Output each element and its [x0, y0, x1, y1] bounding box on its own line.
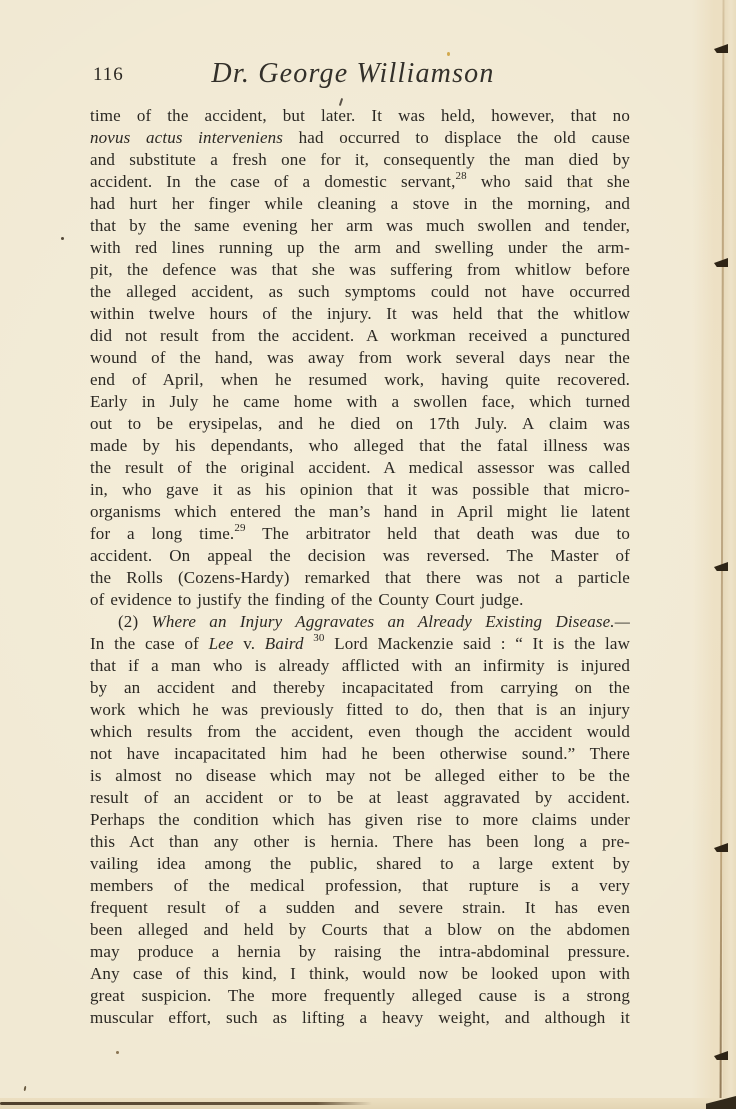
paper-speck: [580, 185, 583, 188]
page-header: 116 Dr. George Williamson: [90, 58, 630, 92]
text-line: vailing idea among the public, shared to…: [90, 853, 630, 875]
body-text: time of the accident, but later. It was …: [90, 105, 630, 1029]
text-line: not have incapacitated him had he been o…: [90, 743, 630, 765]
text-line: with red lines running up the arm and sw…: [90, 237, 630, 259]
text-line: organisms which entered the man’s hand i…: [90, 501, 630, 523]
paper-speck: [61, 237, 64, 240]
text-line: Early in July he came home with a swolle…: [90, 391, 630, 413]
text-line: the result of the original accident. A m…: [90, 457, 630, 479]
text-line: Perhaps the condition which has given ri…: [90, 809, 630, 831]
text-line: the Rolls (Cozens-Hardy) remarked that t…: [90, 567, 630, 589]
text-line: and substitute a fresh one for it, conse…: [90, 149, 630, 171]
page-title: Dr. George Williamson: [90, 58, 616, 90]
book-page: 116 Dr. George Williamson time of the ac…: [0, 0, 736, 1109]
text-line: wound of the hand, was away from work se…: [90, 347, 630, 369]
text-line: for a long time.29 The arbitrator held t…: [90, 523, 630, 545]
text-line: time of the accident, but later. It was …: [90, 105, 630, 127]
text-line: did not result from the accident. A work…: [90, 325, 630, 347]
page-edge-notch: [714, 44, 728, 53]
text-line: which results from the accident, even th…: [90, 721, 630, 743]
text-line: muscular effort, such as lifting a heavy…: [90, 1007, 630, 1029]
text-line: work which he was previously fitted to d…: [90, 699, 630, 721]
page-edge-strip: [723, 0, 736, 1109]
text-line: pit, the defence was that she was suffer…: [90, 259, 630, 281]
text-line: great suspicion. The more frequently all…: [90, 985, 630, 1007]
text-line: the alleged accident, as such symptoms c…: [90, 281, 630, 303]
text-line: novus actus interveniens had occurred to…: [90, 127, 630, 149]
text-line: out to be erysipelas, and he died on 17t…: [90, 413, 630, 435]
text-line: frequent result of a sudden and severe s…: [90, 897, 630, 919]
text-line: in, who gave it as his opinion that it w…: [90, 479, 630, 501]
text-line: members of the medical profession, that …: [90, 875, 630, 897]
text-line: this Act than any other is hernia. There…: [90, 831, 630, 853]
text-line: made by his dependants, who alleged that…: [90, 435, 630, 457]
text-line: Any case of this kind, I think, would no…: [90, 963, 630, 985]
text-line: within twelve hours of the injury. It wa…: [90, 303, 630, 325]
text-line: by an accident and thereby incapacitated…: [90, 677, 630, 699]
text-line: accident. In the case of a domestic serv…: [90, 171, 630, 193]
text-line: In the case of Lee v. Baird 30 Lord Mack…: [90, 633, 630, 655]
text-line: end of April, when he resumed work, havi…: [90, 369, 630, 391]
text-line: result of an accident or to be at least …: [90, 787, 630, 809]
text-line: accident. On appeal the decision was rev…: [90, 545, 630, 567]
text-line: been alleged and held by Courts that a b…: [90, 919, 630, 941]
text-line: that if a man who is already afflicted w…: [90, 655, 630, 677]
paper-speck: [447, 52, 450, 56]
text-line: that by the same evening her arm was muc…: [90, 215, 630, 237]
text-line: of evidence to justify the finding of th…: [90, 589, 630, 611]
text-line: had hurt her finger while cleaning a sto…: [90, 193, 630, 215]
bottom-edge-shadow: [0, 1102, 372, 1105]
text-line: is almost no disease which may not be al…: [90, 765, 630, 787]
paper-speck: [24, 1086, 27, 1091]
paper-speck: [116, 1051, 119, 1054]
text-line: (2) Where an Injury Aggravates an Alread…: [90, 611, 630, 633]
text-line: may produce a hernia by raising the intr…: [90, 941, 630, 963]
